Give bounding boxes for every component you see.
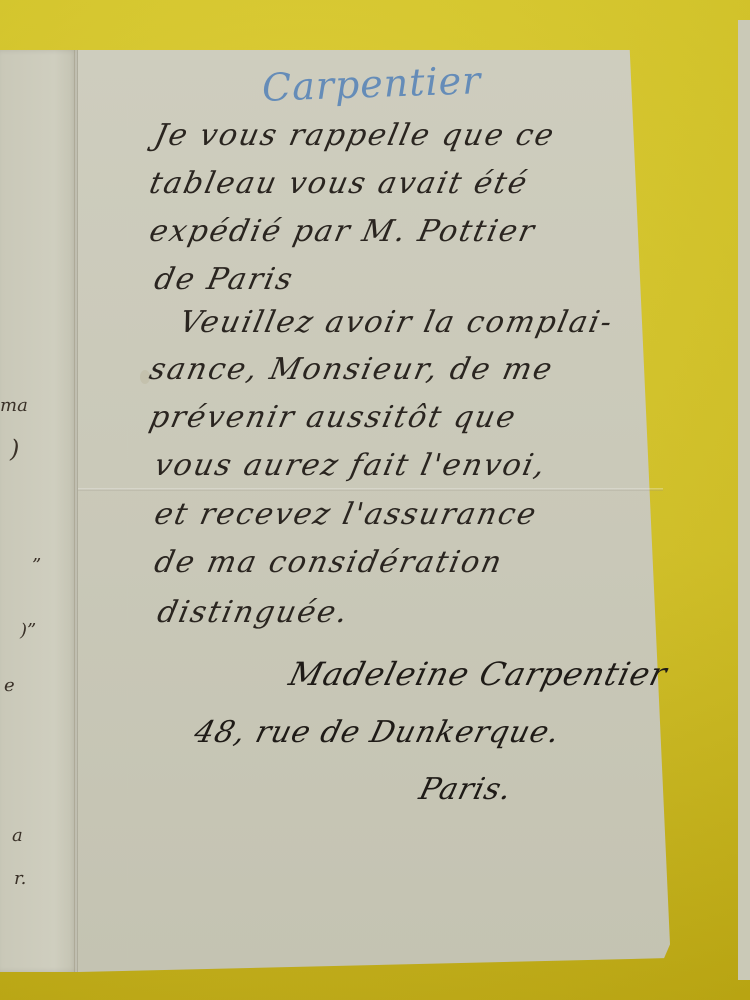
letter-line: expédié par M. Pottier: [146, 214, 539, 249]
letter-line: sance, Monsieur, de me: [146, 352, 557, 387]
address-street: 48, rue de Dunkerque.: [191, 715, 564, 750]
letter-line: prévenir aussitôt que: [146, 400, 520, 435]
left-facing-page: ma ) ” )” e a r.: [0, 50, 78, 972]
letter-line: Veuillez avoir la complai-: [176, 305, 616, 340]
left-page-fragment: e: [4, 675, 15, 696]
letter-line: de ma considération: [151, 545, 506, 580]
address-city: Paris.: [416, 772, 516, 807]
letter-line: et recevez l'assurance: [151, 497, 540, 532]
letter-line: tableau vous avait été: [146, 166, 531, 201]
vertical-fold-crease: [74, 50, 78, 972]
letter-line: vous aurez fait l'envoi,: [151, 448, 550, 483]
left-page-fragment: ma: [0, 395, 28, 416]
left-page-fragment: )”: [20, 620, 36, 641]
signature: Madeleine Carpentier: [285, 655, 671, 693]
letter-line: Je vous rappelle que ce: [151, 118, 558, 153]
left-page-fragment: r.: [14, 868, 26, 889]
letter-line: distinguée.: [154, 595, 352, 630]
archival-pencil-note: Carpentier: [261, 58, 482, 110]
left-page-fragment: a: [12, 825, 23, 846]
horizontal-fold-crease: [78, 488, 663, 491]
letter-line: de Paris: [151, 262, 297, 297]
right-adjacent-page: [738, 20, 750, 980]
left-page-fragment: ): [10, 435, 19, 463]
left-page-fragment: ”: [32, 555, 41, 576]
